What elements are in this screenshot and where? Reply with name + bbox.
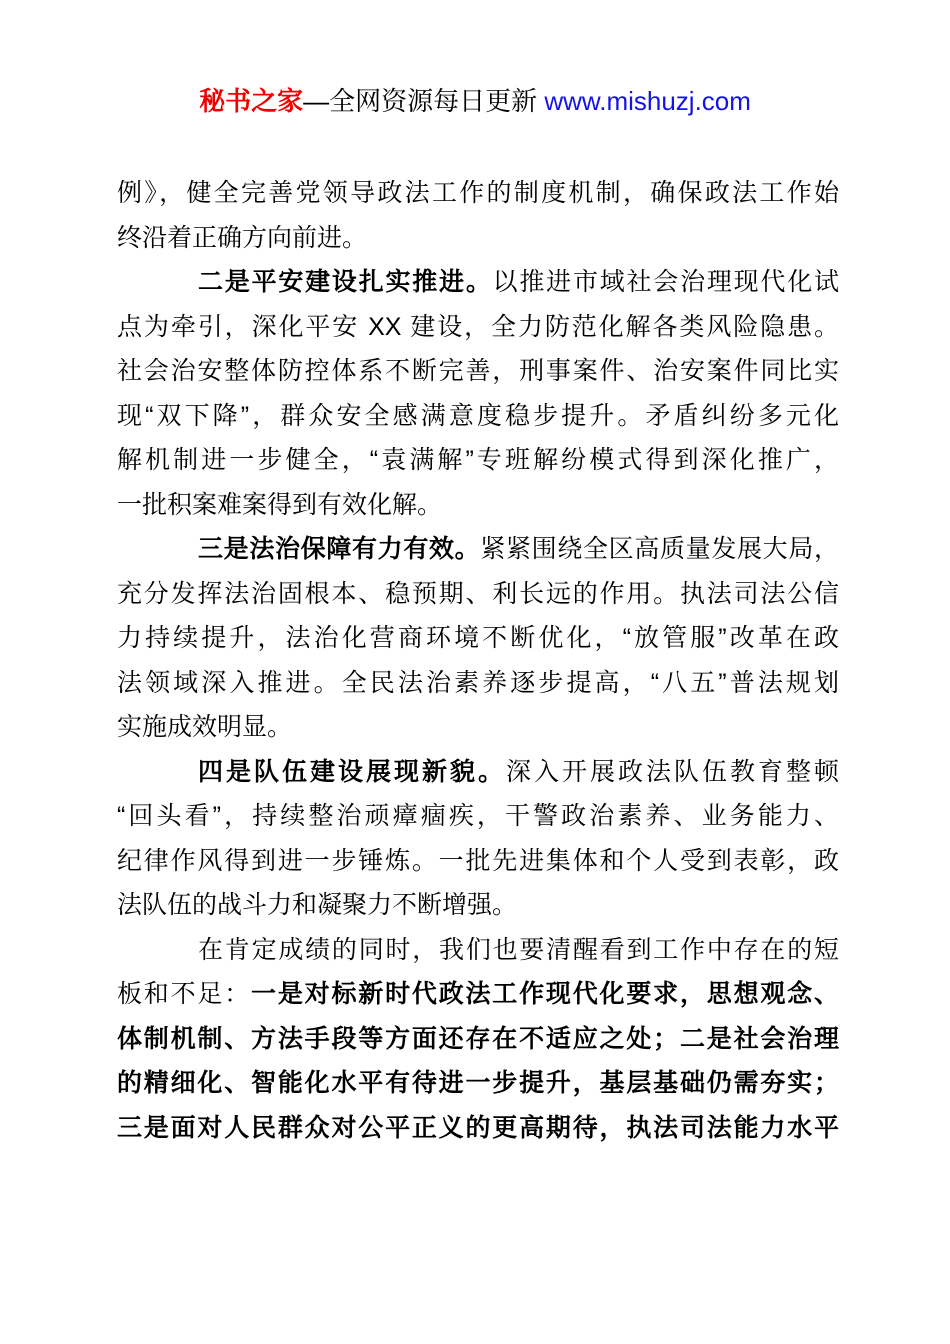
text-run: 社会治安整体防控体系不断完善，刑事案件、治安案件同比实 xyxy=(117,357,839,385)
document-body: 例》，健全完善党领导政法工作的制度机制，确保政法工作始终沿着正确方向前进。二是平… xyxy=(117,171,839,1150)
text-line: 现“双下降”，群众安全感满意度稳步提升。矛盾纠纷多元化 xyxy=(117,394,839,439)
site-tagline: —全网资源每日更新 xyxy=(303,86,544,116)
text-line: “回头看”，持续整治顽瘴痼疾，干警政治素养、业务能力、 xyxy=(117,794,839,839)
text-run: 点为牵引，深化平安 XX 建设，全力防范化解各类风险隐患。 xyxy=(117,313,839,341)
text-line: 纪律作风得到进一步锤炼。一批先进集体和个人受到表彰，政 xyxy=(117,839,839,884)
text-run: 二是平安建设扎实推进。 xyxy=(198,268,493,296)
text-run: 体制机制、方法手段等方面还存在不适应之处；二是社会治理 xyxy=(117,1025,839,1053)
text-run: 三是面对人民群众对公平正义的更高期待，执法司法能力水平 xyxy=(117,1114,839,1142)
text-line: 体制机制、方法手段等方面还存在不适应之处；二是社会治理 xyxy=(117,1017,839,1062)
text-line: 实施成效明显。 xyxy=(117,705,839,750)
text-line: 板和不足：一是对标新时代政法工作现代化要求，思想观念、 xyxy=(117,972,839,1017)
text-line: 例》，健全完善党领导政法工作的制度机制，确保政法工作始 xyxy=(117,171,839,216)
site-brand: 秘书之家 xyxy=(199,86,303,116)
text-run: 板和不足： xyxy=(117,980,251,1008)
text-line: 在肯定成绩的同时，我们也要清醒看到工作中存在的短 xyxy=(117,928,839,973)
text-run: “回头看”，持续整治顽瘴痼疾，干警政治素养、业务能力、 xyxy=(117,802,839,830)
text-run: 实施成效明显。 xyxy=(117,713,292,741)
text-run: 紧紧围绕全区高质量发展大局， xyxy=(480,535,839,563)
text-run: 现“双下降”，群众安全感满意度稳步提升。矛盾纠纷多元化 xyxy=(117,402,839,430)
text-line: 三是法治保障有力有效。紧紧围绕全区高质量发展大局， xyxy=(117,527,839,572)
text-line: 一批积案难案得到有效化解。 xyxy=(117,483,839,528)
text-run: 一是对标新时代政法工作现代化要求，思想观念、 xyxy=(251,980,839,1008)
text-run: 纪律作风得到进一步锤炼。一批先进集体和个人受到表彰，政 xyxy=(117,847,839,875)
text-line: 四是队伍建设展现新貌。深入开展政法队伍教育整顿 xyxy=(117,750,839,795)
text-run: 的精细化、智能化水平有待进一步提升，基层基础仍需夯实； xyxy=(117,1069,839,1097)
text-line: 终沿着正确方向前进。 xyxy=(117,216,839,261)
text-run: 法领域深入推进。全民法治素养逐步提高，“八五”普法规划 xyxy=(117,669,839,697)
text-line: 点为牵引，深化平安 XX 建设，全力防范化解各类风险隐患。 xyxy=(117,305,839,350)
text-run: 在肯定成绩的同时，我们也要清醒看到工作中存在的短 xyxy=(198,936,839,964)
site-url-link[interactable]: www.mishuzj.com xyxy=(544,86,751,116)
text-run: 终沿着正确方向前进。 xyxy=(117,224,367,252)
text-line: 力持续提升，法治化营商环境不断优化，“放管服”改革在政 xyxy=(117,616,839,661)
text-run: 解机制进一步健全，“袁满解”专班解纷模式得到深化推广， xyxy=(117,446,839,474)
text-run: 三是法治保障有力有效。 xyxy=(198,535,480,563)
text-run: 深入开展政法队伍教育整顿 xyxy=(506,758,839,786)
paragraph: 例》，健全完善党领导政法工作的制度机制，确保政法工作始终沿着正确方向前进。 xyxy=(117,171,839,260)
text-line: 解机制进一步健全，“袁满解”专班解纷模式得到深化推广， xyxy=(117,438,839,483)
text-line: 法领域深入推进。全民法治素养逐步提高，“八五”普法规划 xyxy=(117,661,839,706)
text-line: 法队伍的战斗力和凝聚力不断增强。 xyxy=(117,883,839,928)
document-page: 秘书之家—全网资源每日更新 www.mishuzj.com 例》，健全完善党领导… xyxy=(0,0,950,1344)
text-run: 一批积案难案得到有效化解。 xyxy=(117,491,442,519)
text-line: 二是平安建设扎实推进。以推进市域社会治理现代化试 xyxy=(117,260,839,305)
text-line: 充分发挥法治固根本、稳预期、利长远的作用。执法司法公信 xyxy=(117,572,839,617)
text-run: 以推进市域社会治理现代化试 xyxy=(493,268,839,296)
paragraph: 在肯定成绩的同时，我们也要清醒看到工作中存在的短板和不足：一是对标新时代政法工作… xyxy=(117,928,839,1151)
text-line: 三是面对人民群众对公平正义的更高期待，执法司法能力水平 xyxy=(117,1106,839,1151)
text-line: 社会治安整体防控体系不断完善，刑事案件、治安案件同比实 xyxy=(117,349,839,394)
text-run: 充分发挥法治固根本、稳预期、利长远的作用。执法司法公信 xyxy=(117,580,839,608)
text-line: 的精细化、智能化水平有待进一步提升，基层基础仍需夯实； xyxy=(117,1061,839,1106)
text-run: 例》，健全完善党领导政法工作的制度机制，确保政法工作始 xyxy=(117,179,839,207)
text-run: 法队伍的战斗力和凝聚力不断增强。 xyxy=(117,891,517,919)
text-run: 力持续提升，法治化营商环境不断优化，“放管服”改革在政 xyxy=(117,624,839,652)
paragraph: 二是平安建设扎实推进。以推进市域社会治理现代化试点为牵引，深化平安 XX 建设，… xyxy=(117,260,839,527)
site-header: 秘书之家—全网资源每日更新 www.mishuzj.com xyxy=(0,84,950,118)
text-run: 四是队伍建设展现新貌。 xyxy=(198,758,506,786)
paragraph: 四是队伍建设展现新貌。深入开展政法队伍教育整顿“回头看”，持续整治顽瘴痼疾，干警… xyxy=(117,750,839,928)
paragraph: 三是法治保障有力有效。紧紧围绕全区高质量发展大局，充分发挥法治固根本、稳预期、利… xyxy=(117,527,839,750)
